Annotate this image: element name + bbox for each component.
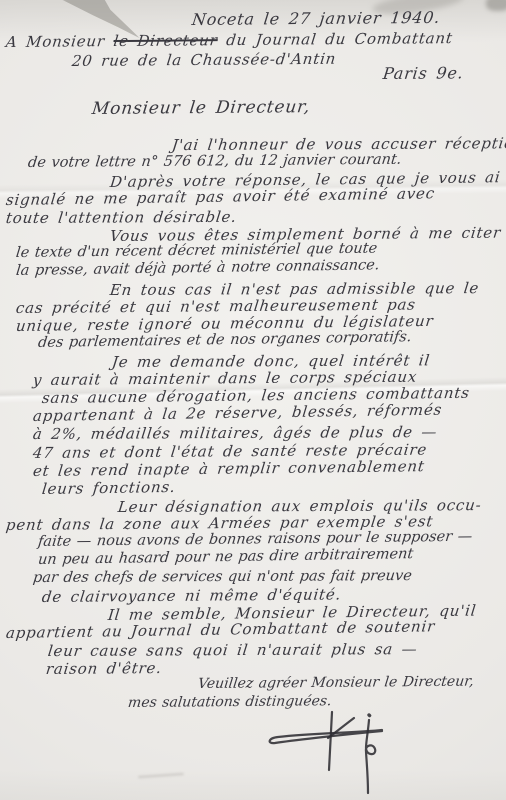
closing-line: Veuillez agréer Monsieur le Directeur, — [197, 674, 475, 692]
salutation: Monsieur le Directeur, — [91, 97, 312, 119]
body-line: et les rend inapte à remplir convenablem… — [32, 457, 426, 480]
paper-scuff — [138, 772, 184, 778]
signature-flourish — [258, 708, 408, 796]
recipient-line: A Monsieur le Directeur du Journal du Co… — [5, 29, 454, 51]
letter-page: Noceta le 27 janvier 1940. A Monsieur le… — [0, 0, 506, 800]
signature-stroke — [329, 712, 332, 770]
body-line: toute l'attention désirable. — [5, 208, 238, 227]
body-line: appartient au Journal du Combattant de s… — [5, 617, 436, 642]
body-line: leur cause sans quoi il n'aurait plus sa… — [47, 640, 419, 660]
body-line: raison d'être. — [45, 659, 163, 678]
signature-stroke — [369, 715, 370, 716]
recipient-street: 20 rue de la Chaussée-d'Antin — [71, 50, 337, 70]
body-line: de votre lettre n° 576 612, du 12 janvie… — [27, 152, 402, 171]
body-line: J'ai l'honneur de vous accuser réception — [171, 134, 506, 154]
recipient-struck-title: le Directeur — [113, 31, 219, 50]
recipient-suffix: du Journal du Combattant — [225, 29, 454, 49]
body-line: par des chefs de services qui n'ont pas … — [32, 568, 413, 586]
recipient-prefix: A Monsieur — [5, 32, 106, 51]
recipient-city: Paris 9e. — [382, 63, 465, 83]
signature-stroke — [270, 730, 382, 743]
body-line: à 2%, médaillés militaires, âgés de plus… — [32, 423, 438, 443]
dateline: Noceta le 27 janvier 1940. — [191, 8, 441, 29]
corner-stain — [486, 0, 506, 11]
body-line: leurs fonctions. — [41, 478, 177, 498]
body-line: un peu au hasard pour ne pas dire arbitr… — [37, 546, 414, 568]
body-line: la presse, avait déjà porté à notre conn… — [15, 257, 380, 279]
